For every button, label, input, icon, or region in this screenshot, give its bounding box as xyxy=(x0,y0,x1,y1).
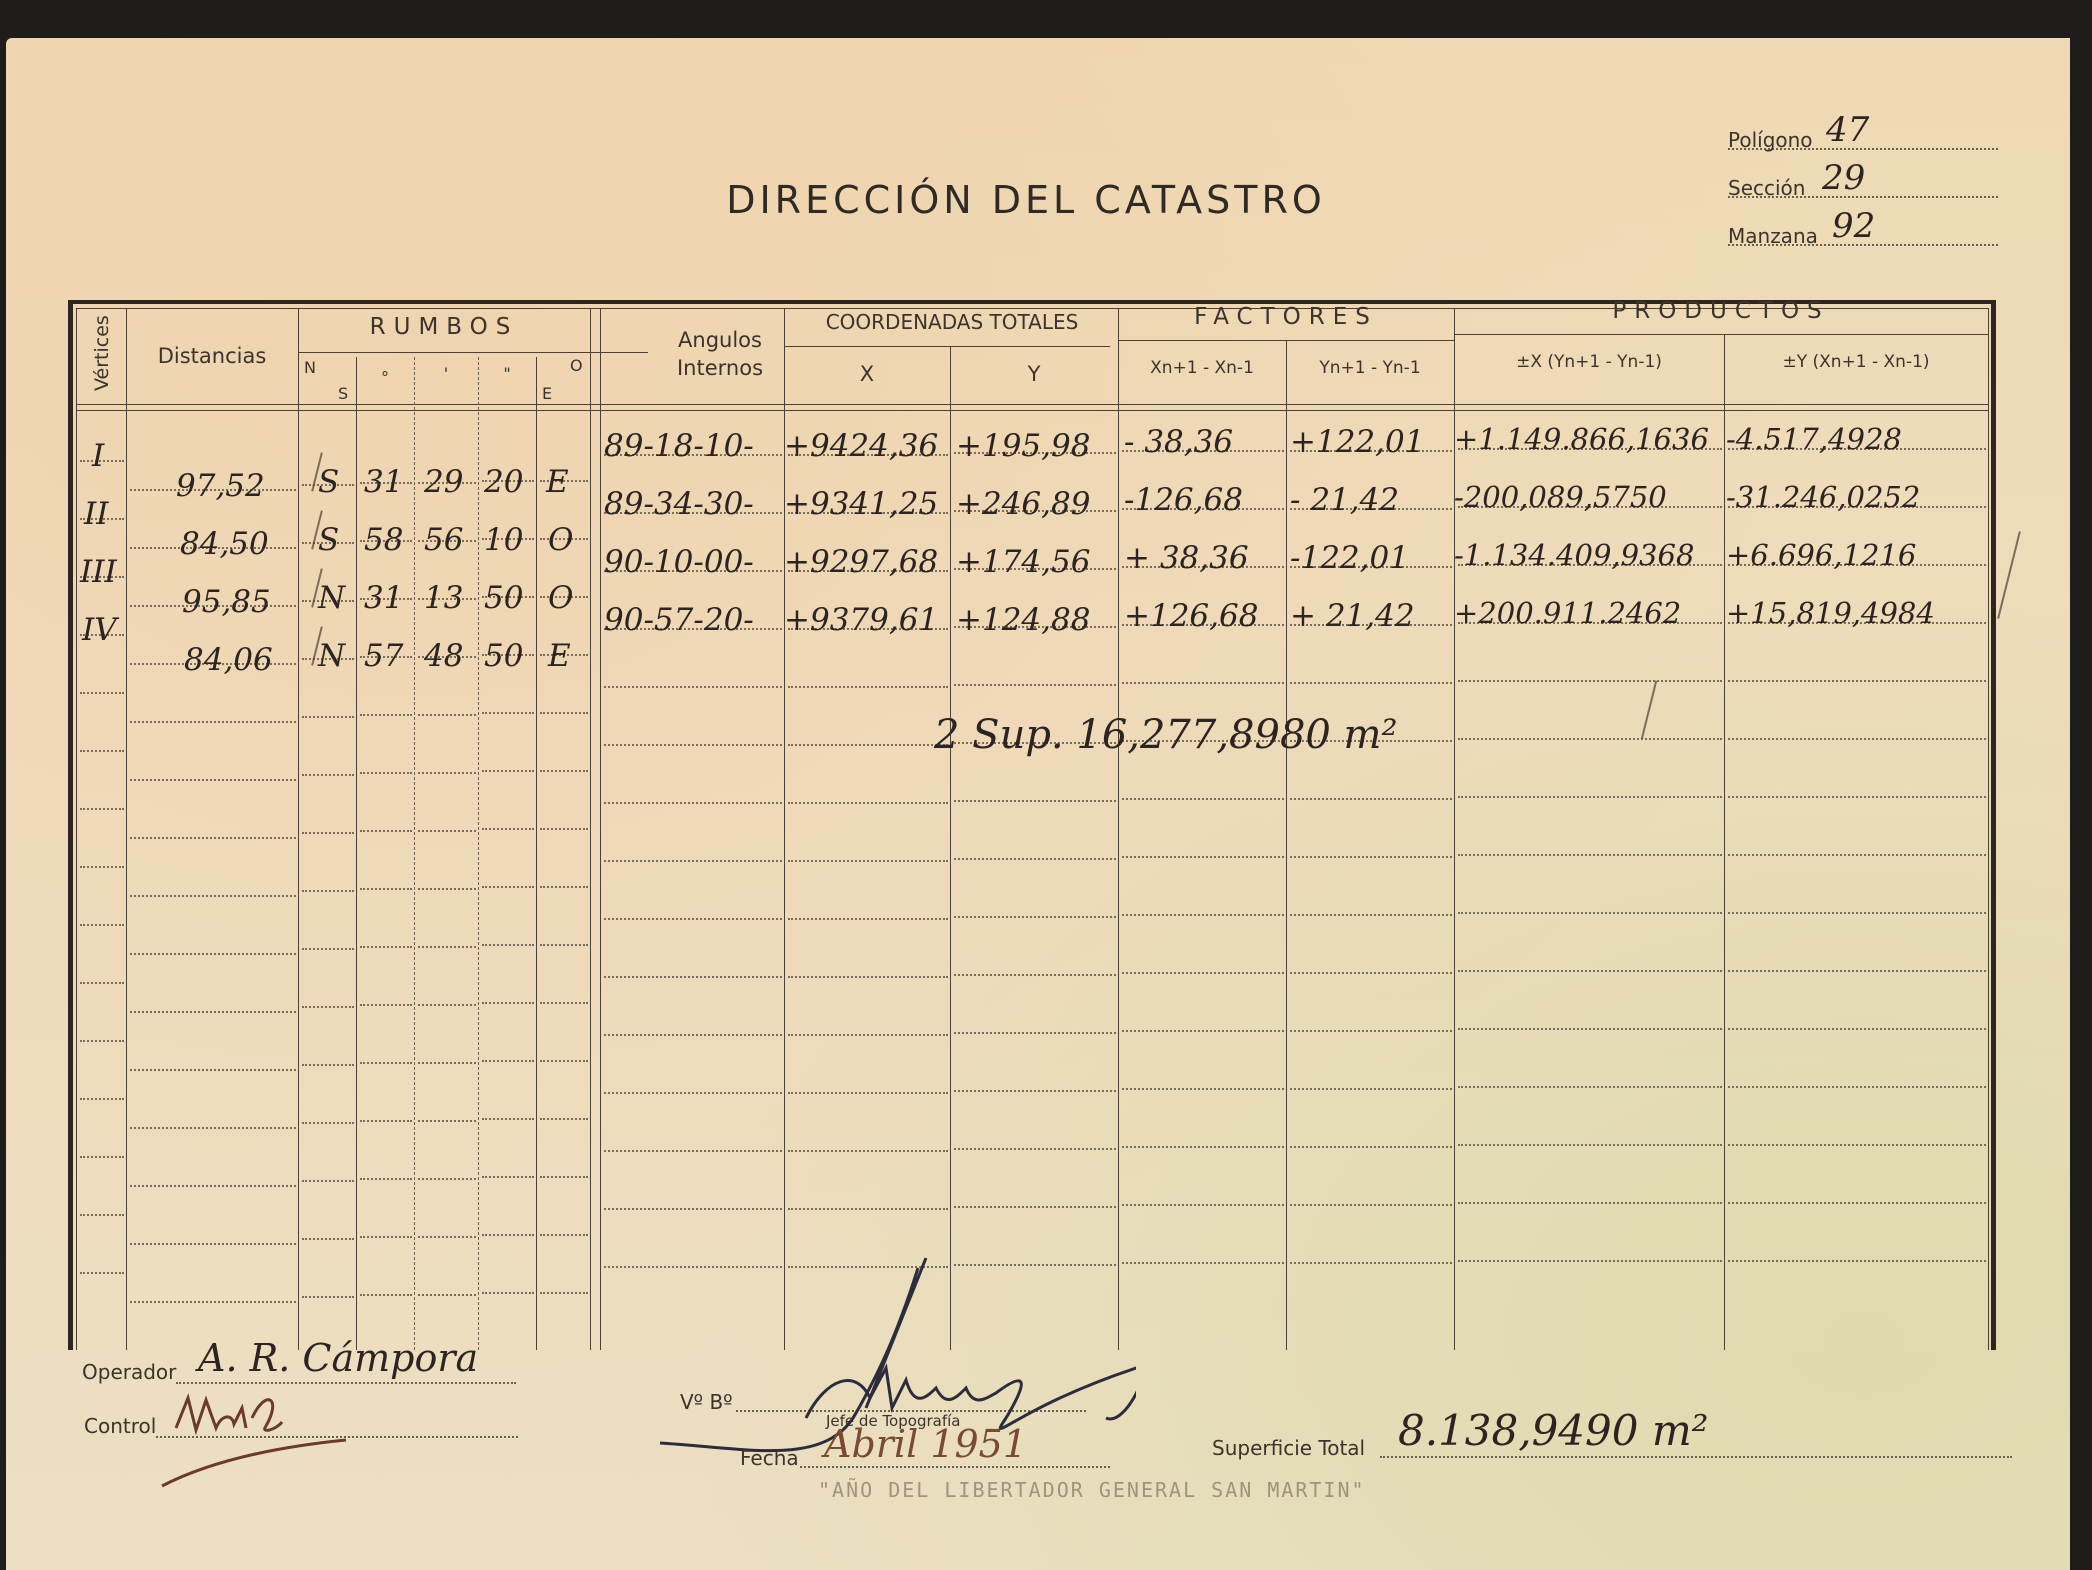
header-rumbos-n: N xyxy=(304,358,316,377)
dotted-rule xyxy=(540,770,588,772)
dotted-rule xyxy=(360,772,412,774)
col-line-dashed xyxy=(414,357,415,1350)
dotted-rule xyxy=(80,1156,124,1158)
producto-y-value: +6.696,1216 xyxy=(1726,538,1916,572)
dotted-rule xyxy=(130,1011,296,1013)
dotted-rule xyxy=(1728,1260,1986,1262)
coord-y-value: +174,56 xyxy=(956,544,1090,580)
dotted-rule xyxy=(130,1301,296,1303)
col-line xyxy=(1118,308,1119,1350)
header-factor-x: Xn+1 - Xn-1 xyxy=(1118,358,1286,378)
operador-signature: A. R. Cámpora xyxy=(198,1336,478,1380)
dotted-rule xyxy=(1458,1144,1722,1146)
rumbos-subline xyxy=(298,352,648,353)
dotted-rule xyxy=(1728,796,1986,798)
header-coordenadas: COORDENADAS TOTALES xyxy=(784,310,1120,334)
dotted-rule xyxy=(418,1004,476,1006)
dotted-rule xyxy=(80,1214,124,1216)
bearing-sec: 20 xyxy=(484,464,523,500)
dotted-rule xyxy=(788,1034,948,1036)
bearing-min: 29 xyxy=(424,464,463,500)
dotted-rule xyxy=(302,1064,354,1066)
bearing-sec: 10 xyxy=(484,522,523,558)
dotted-rule xyxy=(1290,682,1452,684)
vertex-label: I xyxy=(92,438,104,474)
dotted-rule xyxy=(540,886,588,888)
dotted-rule xyxy=(80,924,124,926)
distance-value: 84,06 xyxy=(184,642,273,678)
vertex-label: III xyxy=(80,554,117,590)
dotted-rule xyxy=(360,1120,412,1122)
col-line xyxy=(950,346,951,1350)
producto-y-value: -31.246,0252 xyxy=(1726,480,1920,514)
header-producto-y: ±Y (Xn+1 - Xn-1) xyxy=(1724,352,1988,372)
header-vertices: Vértices xyxy=(91,335,113,391)
dotted-rule xyxy=(604,1208,782,1210)
dotted-rule xyxy=(360,1004,412,1006)
col-line xyxy=(784,308,785,1350)
factor-y-value: - 21,42 xyxy=(1290,482,1399,518)
dotted-rule xyxy=(80,1040,124,1042)
dotted-rule xyxy=(1728,970,1986,972)
factor-y-value: + 21,42 xyxy=(1290,598,1415,634)
header-coord-x: X xyxy=(784,362,950,386)
dotted-rule xyxy=(130,779,296,781)
coord-x-value: +9424,36 xyxy=(784,428,938,464)
dotted-rule xyxy=(954,1032,1116,1034)
manzana-label: Manzana xyxy=(1728,224,1818,248)
dotted-rule xyxy=(1290,1088,1452,1090)
check-mark xyxy=(1997,531,2021,619)
dotted-rule xyxy=(418,1294,476,1296)
coord-x-value: +9297,68 xyxy=(784,544,938,580)
dotted-rule xyxy=(482,1060,534,1062)
survey-table: Vértices Distancias RUMBOS N S ° ' " O E… xyxy=(68,300,1996,1350)
dotted-rule xyxy=(954,800,1116,802)
dotted-rule xyxy=(482,944,534,946)
header-rumbos-s: S xyxy=(338,384,348,403)
col-line-dashed xyxy=(478,357,479,1350)
dotted-rule xyxy=(1458,680,1722,682)
bearing-min: 48 xyxy=(424,638,463,674)
dotted-rule xyxy=(130,895,296,897)
dotted-rule xyxy=(1122,1146,1284,1148)
dotted-rule xyxy=(1290,856,1452,858)
dotted-rule xyxy=(788,1150,948,1152)
dotted-rule xyxy=(604,1092,782,1094)
header-rumbos-e: E xyxy=(542,384,552,403)
seccion-label: Sección xyxy=(1728,176,1805,200)
dotted-rule xyxy=(1122,798,1284,800)
header-distancias: Distancias xyxy=(126,344,298,368)
angulo-value: 89-34-30- xyxy=(604,486,754,522)
coord-x-value: +9341,25 xyxy=(784,486,938,522)
dotted-rule xyxy=(80,982,124,984)
bearing-min: 56 xyxy=(424,522,463,558)
seccion-value: 29 xyxy=(1822,158,1865,198)
col-line xyxy=(1988,308,1989,1350)
dotted-rule xyxy=(1290,1030,1452,1032)
dotted-rule xyxy=(130,721,296,723)
dotted-rule xyxy=(302,774,354,776)
dotted-rule xyxy=(1458,1086,1722,1088)
dotted-rule xyxy=(360,888,412,890)
dotted-rule xyxy=(482,1234,534,1236)
dotted-rule xyxy=(1122,914,1284,916)
coord-subline xyxy=(784,346,1110,347)
bearing-oe: E xyxy=(548,638,571,674)
dotted-rule xyxy=(788,860,948,862)
header-factores: FACTORES xyxy=(1118,304,1454,330)
col-line xyxy=(298,308,299,1350)
dotted-rule xyxy=(302,948,354,950)
dotted-rule xyxy=(604,686,782,688)
header-factor-y: Yn+1 - Yn-1 xyxy=(1286,358,1454,378)
header-angulos: Angulos Internos xyxy=(664,326,776,382)
dotted-rule xyxy=(604,802,782,804)
factor-x-value: - 38,36 xyxy=(1124,424,1233,460)
seccion-field: Sección 29 xyxy=(1728,164,1998,204)
dotted-rule xyxy=(302,1238,354,1240)
dotted-rule xyxy=(540,1176,588,1178)
dotted-rule xyxy=(418,714,476,716)
dotted-rule xyxy=(1458,796,1722,798)
distance-value: 95,85 xyxy=(182,584,271,620)
fecha-value: Abril 1951 xyxy=(824,1422,1027,1466)
producto-x-value: +1.149.866,1636 xyxy=(1454,422,1709,456)
col-line xyxy=(536,357,537,1350)
dotted-rule xyxy=(418,946,476,948)
dotted-rule xyxy=(360,714,412,716)
factor-x-value: +126,68 xyxy=(1124,598,1258,634)
dotted-rule xyxy=(540,944,588,946)
header-coord-y: Y xyxy=(950,362,1118,386)
angulo-value: 90-10-00- xyxy=(604,544,754,580)
header-bottom-line-2 xyxy=(76,410,1988,411)
dotted-rule xyxy=(1728,912,1986,914)
dotted-rule xyxy=(360,1062,412,1064)
dotted-rule xyxy=(418,1120,476,1122)
dotted-rule xyxy=(418,1178,476,1180)
dotted-rule xyxy=(130,1069,296,1071)
coord-y-value: +195,98 xyxy=(956,428,1090,464)
poligono-field: Polígono 47 xyxy=(1728,116,1998,156)
dotted-rule xyxy=(130,953,296,955)
dotted-rule xyxy=(540,712,588,714)
dotted-rule xyxy=(418,888,476,890)
bearing-sec: 50 xyxy=(484,580,523,616)
dotted-rule xyxy=(604,744,782,746)
factor-y-value: -122,01 xyxy=(1290,540,1409,576)
producto-y-value: +15,819,4984 xyxy=(1726,596,1935,630)
col-line xyxy=(1454,308,1455,1350)
dotted-rule xyxy=(1122,1030,1284,1032)
dotted-rule xyxy=(302,1180,354,1182)
dotted-rule xyxy=(302,832,354,834)
dotted-rule xyxy=(1458,912,1722,914)
dotted-rule xyxy=(954,684,1116,686)
bearing-deg: 31 xyxy=(364,580,403,616)
bearing-ns: N xyxy=(318,580,345,616)
producto-x-value: -1.134.409,9368 xyxy=(1454,538,1694,572)
coord-y-value: +246,89 xyxy=(956,486,1090,522)
dotted-rule xyxy=(788,802,948,804)
dotted-rule xyxy=(1728,854,1986,856)
dotted-rule xyxy=(80,808,124,810)
bearing-deg: 58 xyxy=(364,522,403,558)
cadastre-form: DIRECCIÓN DEL CATASTRO Polígono 47 Secci… xyxy=(6,38,2070,1570)
dotted-rule xyxy=(954,1206,1116,1208)
bearing-oe: O xyxy=(548,580,573,616)
coord-x-value: +9379,61 xyxy=(784,602,938,638)
dotted-rule xyxy=(1728,680,1986,682)
double-area-value: 2 Sup. 16,277,8980 m² xyxy=(934,712,1398,758)
dotted-rule xyxy=(1728,1144,1986,1146)
col-line xyxy=(356,357,357,1350)
dotted-rule xyxy=(1458,1202,1722,1204)
dotted-rule xyxy=(418,830,476,832)
dotted-rule xyxy=(788,1092,948,1094)
dotted-rule xyxy=(482,1118,534,1120)
dotted-rule xyxy=(1728,1028,1986,1030)
bearing-ns: N xyxy=(318,638,345,674)
col-line xyxy=(1724,334,1725,1350)
dotted-rule xyxy=(1290,972,1452,974)
bearing-sec: 50 xyxy=(484,638,523,674)
dotted-rule xyxy=(80,1098,124,1100)
dotted-rule xyxy=(604,1034,782,1036)
dotted-rule xyxy=(604,860,782,862)
manzana-field: Manzana 92 xyxy=(1728,212,1998,252)
dotted-rule xyxy=(1728,738,1986,740)
control-signature-icon xyxy=(156,1378,396,1498)
dotted-rule xyxy=(130,1185,296,1187)
dotted-rule xyxy=(130,1243,296,1245)
dotted-rule xyxy=(1122,1204,1284,1206)
superficie-line xyxy=(1380,1456,2012,1458)
factor-y-value: +122,01 xyxy=(1290,424,1424,460)
dotted-rule xyxy=(418,1236,476,1238)
dotted-rule xyxy=(1290,1146,1452,1148)
angulo-value: 90-57-20- xyxy=(604,602,754,638)
bearing-oe: E xyxy=(546,464,569,500)
dotted-rule xyxy=(1458,970,1722,972)
dotted-rule xyxy=(954,1148,1116,1150)
dotted-rule xyxy=(954,858,1116,860)
distance-value: 84,50 xyxy=(180,526,269,562)
dotted-rule xyxy=(788,686,948,688)
dotted-rule xyxy=(418,772,476,774)
dotted-rule xyxy=(1290,1262,1452,1264)
dotted-rule xyxy=(482,828,534,830)
dotted-rule xyxy=(360,1294,412,1296)
dotted-rule xyxy=(1458,854,1722,856)
dotted-rule xyxy=(80,750,124,752)
dotted-rule xyxy=(482,712,534,714)
dotted-rule xyxy=(360,1236,412,1238)
dotted-rule xyxy=(954,1090,1116,1092)
fecha-label: Fecha xyxy=(740,1446,799,1470)
col-line xyxy=(76,308,77,1350)
dotted-rule xyxy=(540,828,588,830)
dotted-rule xyxy=(1290,914,1452,916)
dotted-rule xyxy=(604,918,782,920)
poligono-value: 47 xyxy=(1826,110,1869,150)
vertex-label: IV xyxy=(82,612,117,648)
dotted-rule xyxy=(360,1178,412,1180)
header-rumbos: RUMBOS xyxy=(298,314,590,340)
dotted-rule xyxy=(80,692,124,694)
col-line xyxy=(1286,340,1287,1350)
header-rumbos-min: ' xyxy=(414,364,478,383)
bearing-min: 13 xyxy=(424,580,463,616)
dotted-rule xyxy=(1728,1086,1986,1088)
dotted-rule xyxy=(302,1006,354,1008)
dotted-rule xyxy=(482,1002,534,1004)
dotted-rule xyxy=(80,866,124,868)
bearing-ns: S xyxy=(318,522,339,558)
dotted-rule xyxy=(540,1002,588,1004)
dotted-rule xyxy=(788,918,948,920)
dotted-rule xyxy=(1122,1262,1284,1264)
dotted-rule xyxy=(954,916,1116,918)
fecha-line xyxy=(800,1466,1110,1468)
dotted-rule xyxy=(1728,1202,1986,1204)
dotted-rule xyxy=(482,1176,534,1178)
dotted-rule xyxy=(302,1122,354,1124)
producto-x-value: -200,089,5750 xyxy=(1454,480,1667,514)
dotted-rule xyxy=(788,976,948,978)
dotted-rule xyxy=(482,1292,534,1294)
dotted-rule xyxy=(540,1060,588,1062)
col-line xyxy=(600,308,601,1350)
dotted-rule xyxy=(302,716,354,718)
dotted-rule xyxy=(1122,972,1284,974)
dotted-rule xyxy=(788,1208,948,1210)
factor-x-value: + 38,36 xyxy=(1124,540,1249,576)
superficie-value: 8.138,9490 m² xyxy=(1398,1406,1709,1455)
bearing-ns: S xyxy=(318,464,339,500)
bearing-deg: 31 xyxy=(364,464,403,500)
dotted-rule xyxy=(1290,798,1452,800)
dotted-rule xyxy=(1290,1204,1452,1206)
dotted-rule xyxy=(1122,856,1284,858)
vertex-label: II xyxy=(84,496,109,532)
header-producto-x: ±X (Yn+1 - Yn-1) xyxy=(1454,352,1724,372)
dotted-rule xyxy=(788,744,948,746)
col-line xyxy=(590,308,591,1350)
dotted-rule xyxy=(1122,1088,1284,1090)
dotted-rule xyxy=(418,1062,476,1064)
coord-y-value: +124,88 xyxy=(956,602,1090,638)
col-line xyxy=(126,308,127,1350)
dotted-rule xyxy=(540,1118,588,1120)
dotted-rule xyxy=(1458,1028,1722,1030)
dotted-rule xyxy=(360,946,412,948)
dotted-rule xyxy=(130,837,296,839)
dotted-rule xyxy=(80,1272,124,1274)
header-rumbos-deg: ° xyxy=(356,368,414,387)
productos-subline xyxy=(1454,334,1988,335)
dotted-rule xyxy=(482,770,534,772)
header-rumbos-sec: " xyxy=(478,364,536,383)
dotted-rule xyxy=(1458,1260,1722,1262)
producto-y-value: -4.517,4928 xyxy=(1726,422,1902,456)
distance-value: 97,52 xyxy=(176,468,265,504)
dotted-rule xyxy=(604,1150,782,1152)
dotted-rule xyxy=(302,890,354,892)
superficie-label: Superficie Total xyxy=(1212,1436,1365,1460)
dotted-rule xyxy=(302,1296,354,1298)
dotted-rule xyxy=(360,830,412,832)
header-rumbos-o: O xyxy=(570,356,583,375)
header-productos: PRODUCTOS xyxy=(1454,298,1988,324)
control-label: Control xyxy=(84,1414,156,1438)
header-bottom-line xyxy=(76,404,1988,405)
dotted-rule xyxy=(1458,738,1722,740)
angulo-value: 89-18-10- xyxy=(604,428,754,464)
dotted-rule xyxy=(540,1234,588,1236)
factor-x-value: -126,68 xyxy=(1124,482,1243,518)
dotted-rule xyxy=(130,1127,296,1129)
bearing-oe: O xyxy=(548,522,573,558)
manzana-value: 92 xyxy=(1832,206,1875,246)
dotted-rule xyxy=(604,976,782,978)
dotted-rule xyxy=(1122,682,1284,684)
dotted-rule xyxy=(540,1292,588,1294)
bearing-deg: 57 xyxy=(364,638,403,674)
page-title: DIRECCIÓN DEL CATASTRO xyxy=(646,178,1406,222)
commemorative-stamp: "AÑO DEL LIBERTADOR GENERAL SAN MARTIN" xyxy=(818,1478,1366,1502)
dotted-rule xyxy=(482,886,534,888)
poligono-label: Polígono xyxy=(1728,128,1813,152)
dotted-rule xyxy=(954,974,1116,976)
producto-x-value: +200.911.2462 xyxy=(1454,596,1681,630)
